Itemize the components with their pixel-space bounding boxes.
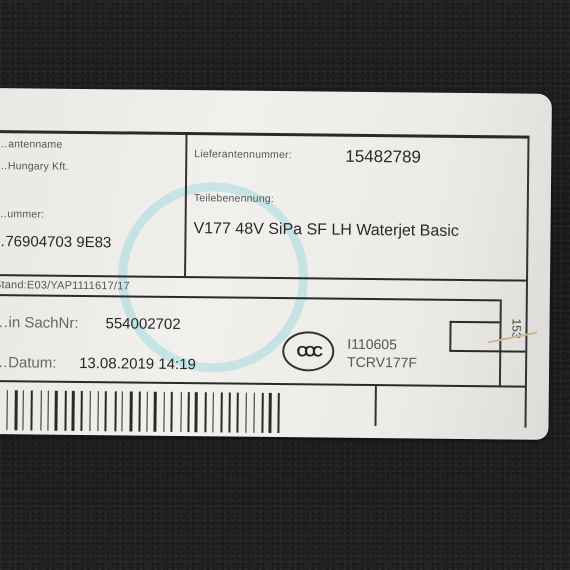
barcode-bar — [26, 390, 28, 430]
barcode-bar — [194, 392, 197, 432]
barcode-bar — [158, 392, 160, 432]
column-divider — [374, 386, 376, 426]
sach-nr-label: …in SachNr: — [0, 314, 79, 332]
barcode-bar — [170, 392, 172, 432]
divider-line — [450, 321, 500, 323]
date-label: …Datum: — [0, 354, 57, 372]
ccc-certification-mark: CCC — [282, 331, 334, 372]
part-description-label: Teilebenennung: — [194, 192, 274, 205]
part-label: …antenname …Hungary Kft. …ummer: …769047… — [0, 88, 552, 440]
barcode-bar — [89, 391, 90, 431]
barcode-bar — [1, 390, 4, 430]
barcode-bar — [249, 393, 251, 433]
barcode-bar — [134, 392, 135, 432]
barcode-bar — [215, 392, 218, 432]
barcode-bar — [232, 393, 233, 433]
barcode-bar — [240, 393, 243, 433]
model-code: TCRV177F — [347, 354, 417, 371]
barcode-bar — [183, 392, 184, 432]
barcode-bar — [30, 390, 32, 430]
number-value: …76904703 9E83 — [0, 233, 111, 251]
revision-line: Stand:E03/YAP1111617/17 — [0, 279, 130, 292]
barcode-bar — [187, 392, 189, 432]
barcode-bar — [220, 392, 222, 432]
barcode-bar — [146, 392, 147, 432]
barcode-bar — [153, 392, 156, 432]
barcode-bar — [225, 392, 226, 432]
barcode-bar — [274, 393, 275, 433]
barcode-bar — [125, 391, 127, 431]
barcode-bar — [104, 391, 106, 431]
barcode-bar — [22, 390, 23, 430]
barcode-bar — [277, 393, 279, 433]
barcode-bar — [43, 391, 45, 431]
top-border-line — [0, 130, 530, 139]
barcode-bar — [84, 391, 86, 431]
supplier-number-label: Lieferantennummer: — [194, 148, 292, 161]
barcode-bar — [59, 391, 61, 431]
barcode-bar — [163, 392, 164, 432]
barcode-bar — [236, 393, 238, 433]
barcode-bar — [101, 391, 102, 431]
barcode-bar — [9, 390, 11, 430]
barcode-bar — [64, 391, 66, 431]
part-description-value: V177 48V SiPa SF LH Waterjet Basic — [193, 220, 458, 241]
column-divider — [449, 321, 451, 351]
cert-code: I110605 — [347, 336, 397, 353]
barcode-bar — [19, 390, 20, 430]
supplier-name-value: …Hungary Kft. — [0, 160, 69, 173]
barcode-bar — [253, 393, 254, 433]
barcode-bar — [108, 391, 111, 431]
barcode-bar — [212, 392, 213, 432]
barcode-bar — [261, 393, 263, 433]
barcode — [0, 390, 337, 434]
supplier-number-value: 15482789 — [345, 147, 421, 168]
barcode-bar — [47, 391, 48, 431]
barcode-bar — [281, 393, 282, 433]
barcode-bar — [51, 391, 52, 431]
barcode-bar — [71, 391, 74, 431]
barcode-bar — [80, 391, 82, 431]
barcode-bar — [6, 390, 7, 430]
barcode-bar — [265, 393, 266, 433]
barcode-bar — [54, 391, 57, 431]
barcode-bar — [150, 392, 151, 432]
barcode-bar — [208, 392, 209, 432]
barcode-bar — [256, 393, 258, 433]
barcode-bar — [68, 391, 69, 431]
barcode-bar — [40, 391, 41, 431]
barcode-bar — [204, 392, 206, 432]
barcode-bar — [138, 392, 140, 432]
date-value: 13.08.2019 14:19 — [79, 355, 196, 373]
barcode-bar — [118, 391, 119, 431]
right-border-line — [524, 138, 529, 428]
column-divider — [499, 299, 501, 387]
barcode-bar — [166, 392, 168, 432]
barcode-bar — [191, 392, 192, 432]
number-label: …ummer: — [0, 208, 44, 220]
barcode-bar — [245, 393, 246, 433]
barcode-bar — [228, 393, 230, 433]
barcode-bar — [175, 392, 178, 432]
barcode-bar — [200, 392, 202, 432]
barcode-bar — [92, 391, 95, 431]
sach-nr-value: 554002702 — [105, 315, 180, 333]
barcode-bar — [180, 392, 181, 432]
divider-line — [306, 297, 307, 299]
barcode-bar — [268, 393, 271, 433]
barcode-bar — [97, 391, 98, 431]
barcode-bar — [77, 391, 78, 431]
barcode-bar — [142, 392, 144, 432]
barcode-bar — [121, 391, 122, 431]
barcode-bar — [14, 390, 17, 430]
divider-line — [0, 380, 527, 388]
divider-line — [449, 350, 525, 352]
barcode-bar — [129, 391, 132, 431]
barcode-bar — [114, 391, 116, 431]
supplier-name-label: …antenname — [0, 138, 63, 151]
barcode-bar — [34, 390, 37, 430]
